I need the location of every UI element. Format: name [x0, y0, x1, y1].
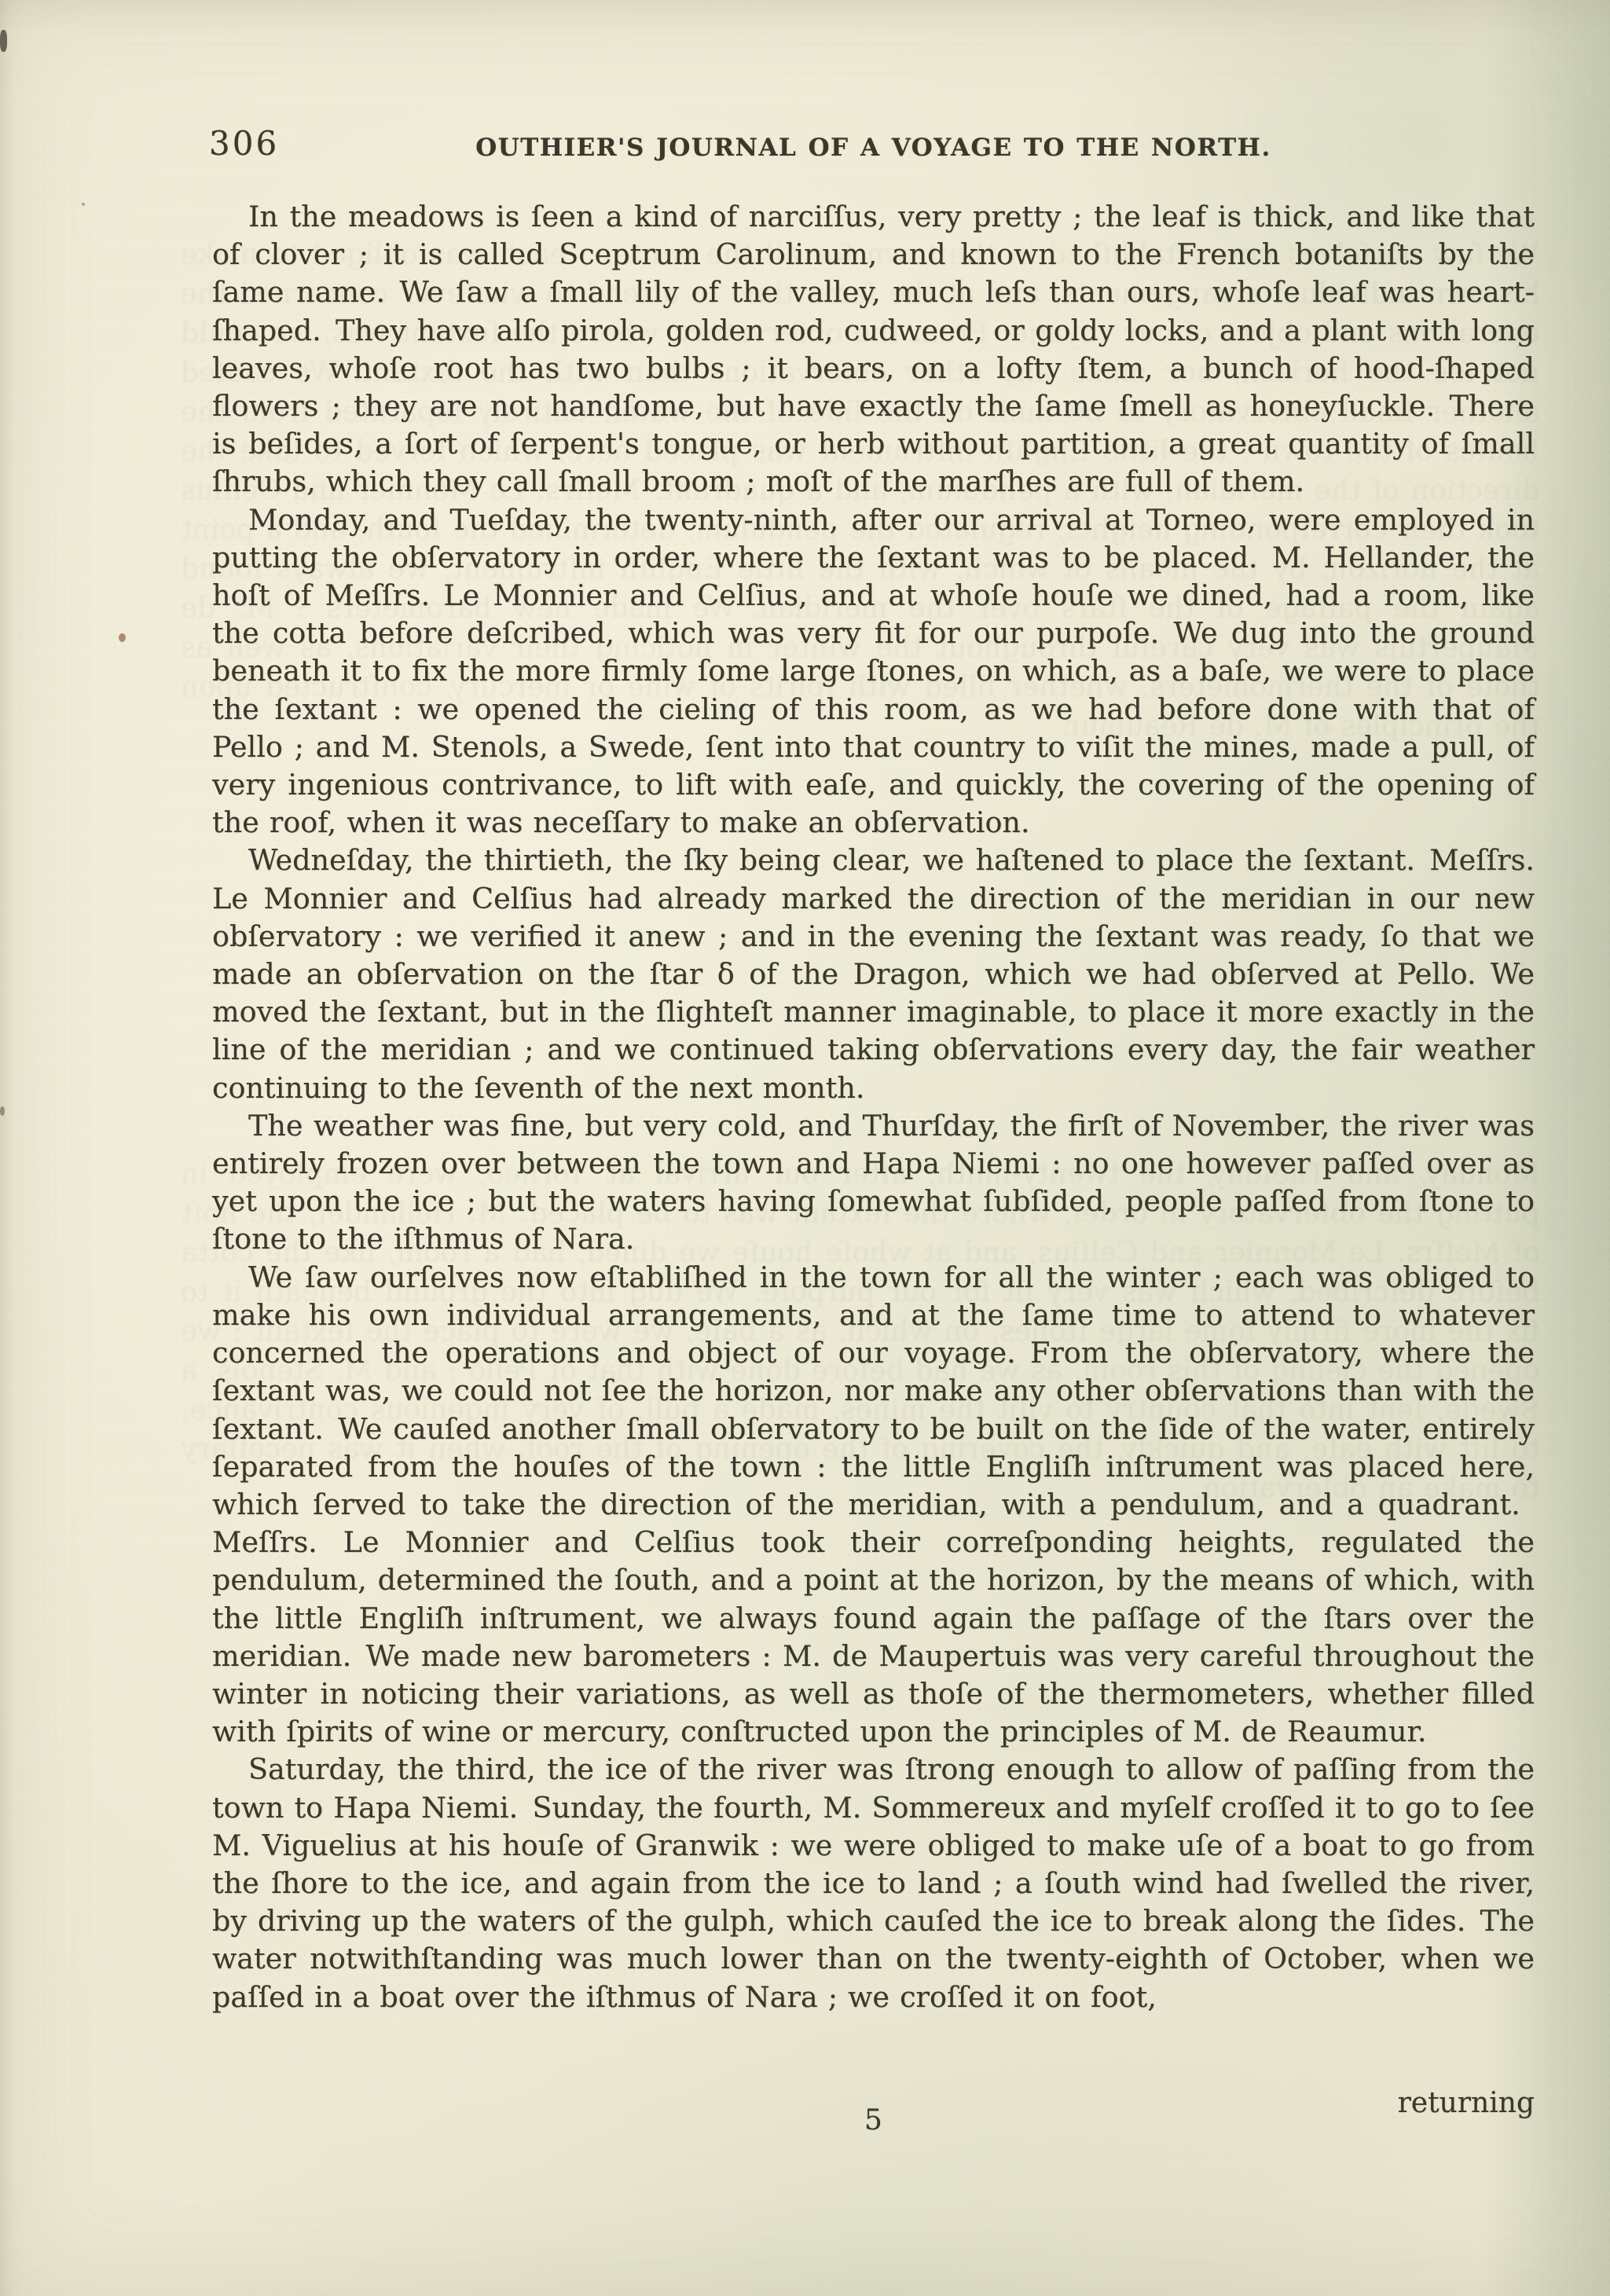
book-page-scan: We ſaw ourſelves now eſtabliſhed in the …	[0, 0, 1610, 2296]
paragraph-meadow-plants: In the meadows is ſeen a kind of narciſſ…	[212, 198, 1535, 501]
paragraph-winter-quarters: We ſaw ourſelves now eſtabliſhed in the …	[212, 1259, 1535, 1751]
running-title: OUTHIER'S JOURNAL OF A VOYAGE TO THE NOR…	[212, 134, 1535, 162]
paper-speck	[119, 633, 126, 642]
paragraph-crossing-the-ice: Saturday, the third, the ice of the rive…	[212, 1751, 1535, 2015]
page-footer: 5 returning	[212, 2087, 1535, 2158]
paragraph-river-frozen: The weather was fine, but very cold, and…	[212, 1107, 1535, 1259]
paper-speck	[82, 203, 85, 206]
body-text: In the meadows is ſeen a kind of narciſſ…	[212, 198, 1535, 2016]
catchword: returning	[1398, 2087, 1535, 2119]
scan-edge-mark	[0, 30, 7, 52]
signature-mark: 5	[864, 2104, 882, 2136]
scan-edge-mark	[0, 1106, 5, 1116]
paragraph-sextant-placement: Wedneſday, the thirtieth, the ſky being …	[212, 842, 1535, 1106]
paragraph-observatory-setup: Monday, and Tueſday, the twenty-ninth, a…	[212, 501, 1535, 842]
